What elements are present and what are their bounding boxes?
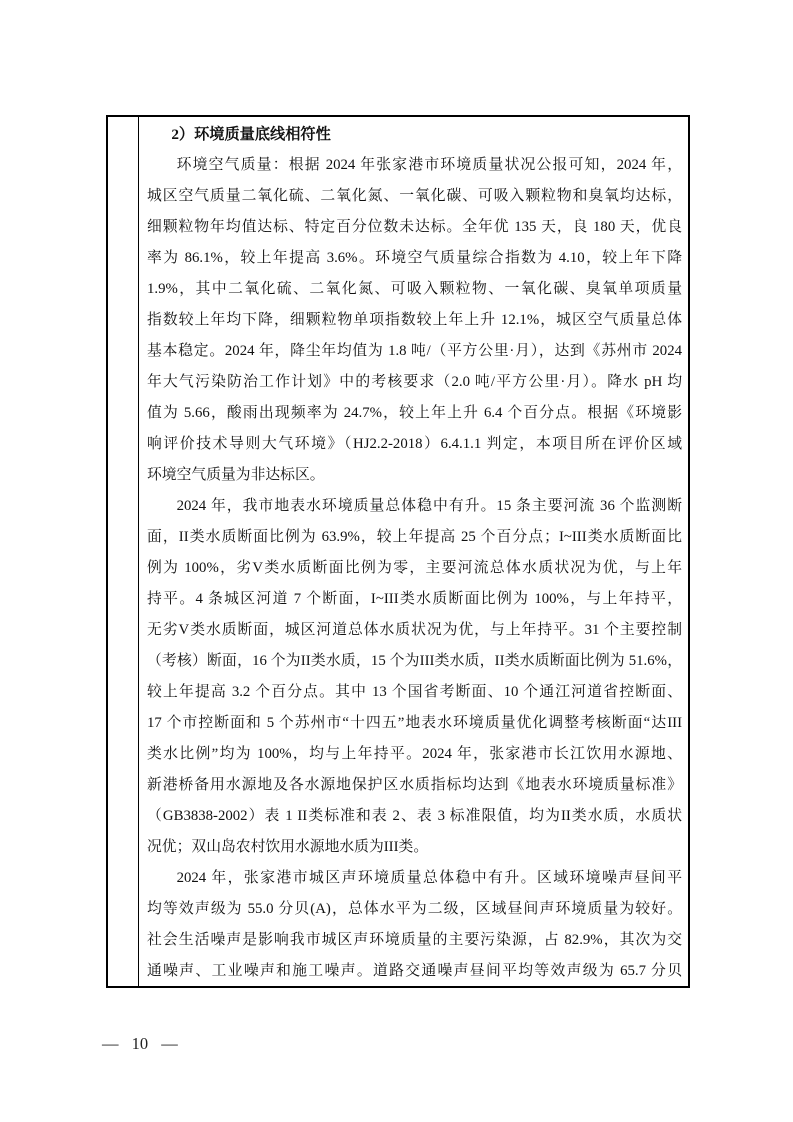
text-line: 持平。4 条城区河道 7 个断面，I~III类水质断面比例为 100%，与上年持…	[147, 584, 682, 615]
text-line: 环境空气质量：根据 2024 年张家港市环境质量状况公报可知，2024 年，	[147, 150, 682, 181]
text-line: 值为 5.66，酸雨出现频率为 24.7%，较上年上升 6.4 个百分点。根据《…	[147, 398, 682, 429]
text-line: 指数较上年均下降，细颗粒物单项指数较上年上升 12.1%，城区空气质量总体	[147, 305, 682, 336]
text-line: 例为 100%，劣V类水质断面比例为零，主要河流总体水质状况为优，与上年	[147, 553, 682, 584]
text-line: 17 个市控断面和 5 个苏州市“十四五”地表水环境质量优化调整考核断面“达II…	[147, 708, 682, 739]
table-left-column	[108, 117, 139, 986]
text-line: 基本稳定。2024 年，降尘年均值为 1.8 吨/（平方公里·月），达到《苏州市…	[147, 336, 682, 367]
text-line: 2024 年，我市地表水环境质量总体稳中有升。15 条主要河流 36 个监测断	[147, 491, 682, 522]
text-line: 环境空气质量为非达标区。	[147, 460, 682, 491]
text-line: 类水比例”均为 100%，均与上年持平。2024 年，张家港市长江饮用水源地、	[147, 739, 682, 770]
text-line: 社会生活噪声是影响我市城区声环境质量的主要污染源，占 82.9%，其次为交	[147, 925, 682, 956]
section-heading: 2）环境质量底线相符性	[147, 119, 682, 150]
text-line: 面，II类水质断面比例为 63.9%，较上年提高 25 个百分点；I~III类水…	[147, 522, 682, 553]
text-line: 率为 86.1%，较上年提高 3.6%。环境空气质量综合指数为 4.10，较上年…	[147, 243, 682, 274]
page-container: 2）环境质量底线相符性 环境空气质量：根据 2024 年张家港市环境质量状况公报…	[0, 0, 793, 1122]
text-line: （考核）断面，16 个为II类水质，15 个为III类水质，II类水质断面比例为…	[147, 646, 682, 677]
document-table: 2）环境质量底线相符性 环境空气质量：根据 2024 年张家港市环境质量状况公报…	[106, 115, 690, 988]
text-line: 2024 年，张家港市城区声环境质量总体稳中有升。区域环境噪声昼间平	[147, 863, 682, 894]
text-line: 较上年提高 3.2 个百分点。其中 13 个国省考断面、10 个通江河道省控断面…	[147, 677, 682, 708]
text-line: 1.9%，其中二氧化硫、二氧化氮、可吸入颗粒物、一氧化碳、臭氧单项质量	[147, 274, 682, 305]
text-line: 城区空气质量二氧化硫、二氧化氮、一氧化碳、可吸入颗粒物和臭氧均达标，	[147, 181, 682, 212]
text-line: 均等效声级为 55.0 分贝(A)，总体水平为二级，区域昼间声环境质量为较好。	[147, 894, 682, 925]
page-number-footer: — 10 —	[102, 1033, 178, 1055]
text-line: 细颗粒物年均值达标、特定百分位数未达标。全年优 135 天，良 180 天，优良	[147, 212, 682, 243]
text-line: 无劣V类水质断面，城区河道总体水质状况为优，与上年持平。31 个主要控制	[147, 615, 682, 646]
text-line: 况优；双山岛农村饮用水源地水质为III类。	[147, 832, 682, 863]
text-line: 通噪声、工业噪声和施工噪声。道路交通噪声昼间平均等效声级为 65.7 分贝	[147, 956, 682, 986]
table-content-cell: 2）环境质量底线相符性 环境空气质量：根据 2024 年张家港市环境质量状况公报…	[139, 117, 688, 986]
text-line: 年大气污染防治工作计划》中的考核要求（2.0 吨/平方公里·月）。降水 pH 均	[147, 367, 682, 398]
text-line: （GB3838-2002）表 1 II类标准和表 2、表 3 标准限值，均为II…	[147, 801, 682, 832]
text-line: 响评价技术导则大气环境》（HJ2.2-2018）6.4.1.1 判定，本项目所在…	[147, 429, 682, 460]
text-line: 新港桥备用水源地及各水源地保护区水质指标均达到《地表水环境质量标准》	[147, 770, 682, 801]
